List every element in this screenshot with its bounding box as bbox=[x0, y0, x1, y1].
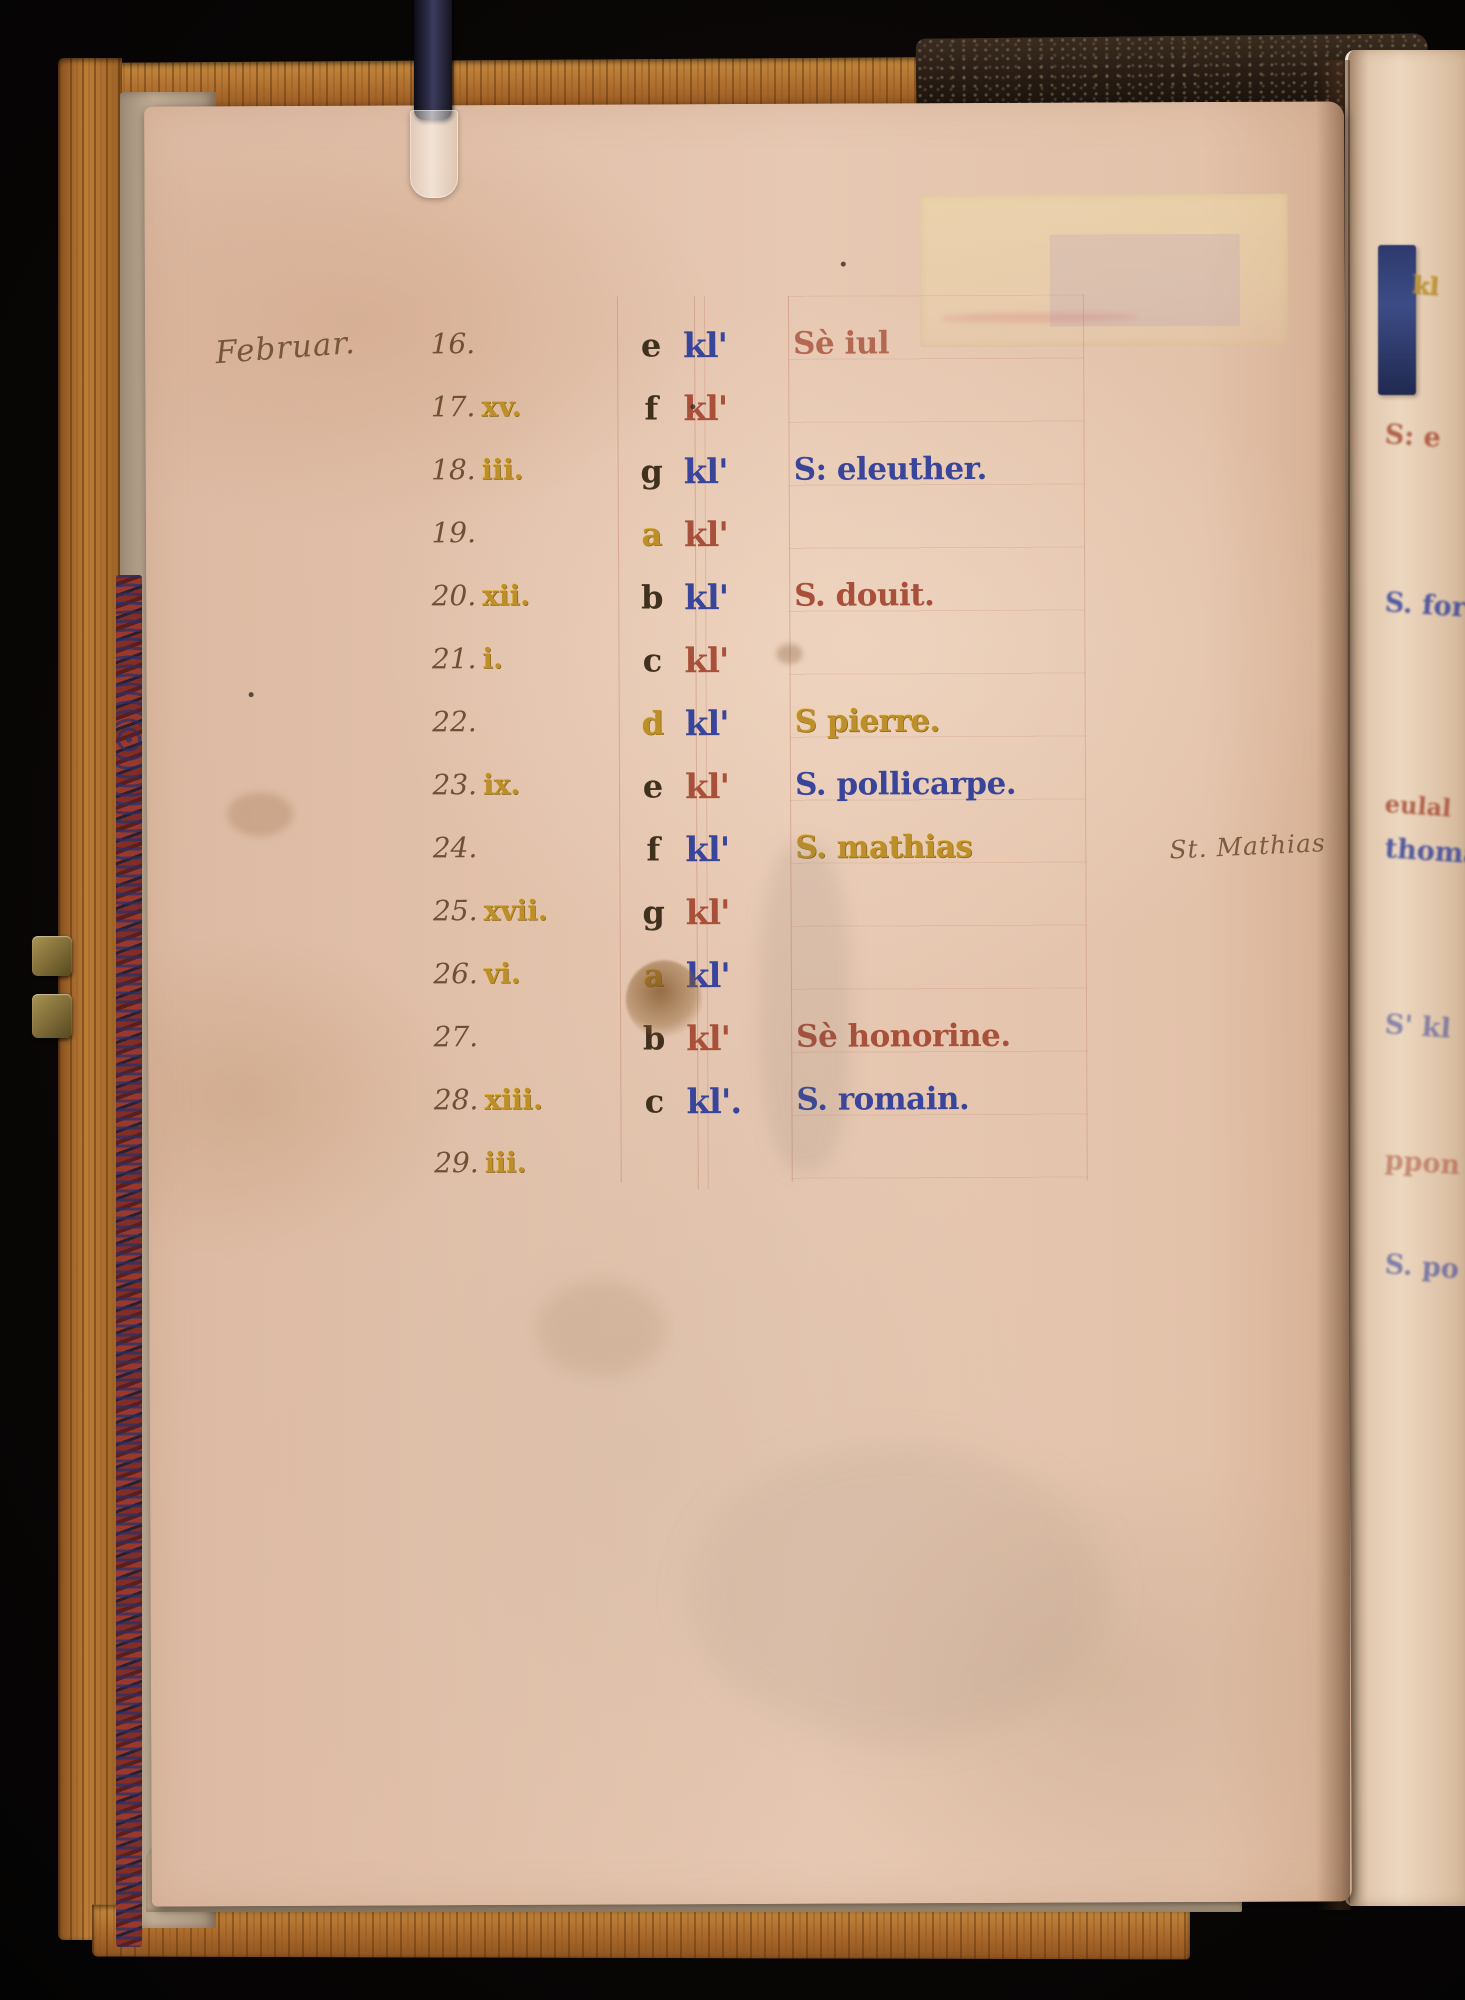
dominical-letter: b bbox=[626, 578, 678, 616]
golden-number: iii. bbox=[482, 453, 622, 487]
feast-name: Sè iul bbox=[793, 325, 889, 361]
facing-page-text-fragment: S' kl bbox=[1382, 1009, 1465, 1067]
golden-number: i. bbox=[482, 642, 622, 676]
day-number: 22. bbox=[357, 705, 477, 739]
day-number: 16. bbox=[355, 327, 475, 361]
manuscript-photo-scene: kl S: e S. fortu eulal thomas S' kl ppon… bbox=[0, 0, 1465, 2000]
feast-name: S. mathias bbox=[795, 829, 972, 866]
feast-name: S pierre. bbox=[795, 703, 940, 740]
dominical-letter: f bbox=[627, 830, 679, 868]
facing-page-text-fragment: S. fortu bbox=[1382, 587, 1465, 645]
dominical-letter: e bbox=[627, 767, 679, 805]
facing-page-text-fragment: ppon bbox=[1382, 1145, 1465, 1203]
calendar-row: 22. d kl' S pierre. bbox=[147, 701, 1347, 766]
calendar-row: 27. b kl' Sè honorine. bbox=[148, 1016, 1348, 1081]
facing-page-text-fragment: S. po bbox=[1382, 1249, 1465, 1307]
facing-page-text-fragment: kl bbox=[1410, 270, 1465, 326]
day-number: 19. bbox=[356, 516, 476, 550]
kalends-abbreviation: kl' bbox=[685, 767, 789, 807]
calendar-row: 23. ix. e kl' S. pollicarpe. bbox=[147, 764, 1347, 829]
dominical-letter: c bbox=[626, 641, 678, 679]
stain bbox=[690, 1442, 1111, 1744]
dominical-letter: b bbox=[628, 1019, 680, 1057]
kalends-abbreviation: kl' bbox=[686, 956, 790, 996]
golden-number: xii. bbox=[482, 579, 622, 613]
facing-page-text-fragment: thomas bbox=[1382, 833, 1465, 891]
day-number: 26. bbox=[358, 957, 478, 991]
kalends-abbreviation: kl' bbox=[685, 830, 789, 870]
calendar-row: 18. iii. g kl' S: eleuther. bbox=[146, 449, 1346, 514]
wooden-board-bottom-edge bbox=[92, 1905, 1190, 1960]
kalends-abbreviation: kl' bbox=[685, 704, 789, 744]
dominical-letter: a bbox=[628, 956, 680, 994]
marbled-endpaper-edge bbox=[116, 575, 142, 1947]
fly-speck bbox=[690, 404, 695, 409]
calendar-row: 19. a kl' bbox=[146, 512, 1346, 577]
day-number: 25. bbox=[358, 894, 478, 928]
bookmark-rod bbox=[414, 0, 452, 120]
bookmark-clip bbox=[410, 110, 458, 198]
day-number: 29. bbox=[359, 1146, 479, 1180]
day-number: 23. bbox=[357, 768, 477, 802]
kalends-abbreviation: kl' bbox=[684, 641, 788, 681]
golden-number: iii. bbox=[485, 1146, 625, 1180]
dominical-letter: a bbox=[626, 515, 678, 553]
feast-name: S. douit. bbox=[794, 577, 934, 614]
day-number: 18. bbox=[356, 453, 476, 487]
golden-number: ix. bbox=[483, 768, 623, 802]
calendar-row: 25. xvii. g kl' bbox=[148, 890, 1348, 955]
calendar-row: 21. i. c kl' bbox=[146, 638, 1346, 703]
feast-name: Sè honorine. bbox=[796, 1018, 1011, 1055]
kalends-abbreviation: kl' bbox=[686, 1019, 790, 1059]
clasp-fitting-upper bbox=[32, 936, 72, 976]
day-number: 17. bbox=[355, 390, 475, 424]
day-number: 24. bbox=[357, 831, 477, 865]
calendar-row: 29. iii. bbox=[149, 1142, 1349, 1207]
calendar-row: 20. xii. b kl' S. douit. bbox=[146, 575, 1346, 640]
dominical-letter: g bbox=[628, 893, 680, 931]
golden-number bbox=[483, 831, 623, 832]
dominical-letter: d bbox=[627, 704, 679, 742]
feast-name: S. pollicarpe. bbox=[795, 766, 1016, 803]
clasp-fitting-lower bbox=[32, 994, 72, 1038]
kalends-abbreviation: kl' bbox=[686, 893, 790, 933]
dominical-letter: c bbox=[628, 1082, 680, 1120]
calendar-row: 26. vi. a kl' bbox=[148, 953, 1348, 1018]
calendar-row: 24. f kl' S. mathias bbox=[147, 827, 1347, 892]
kalends-abbreviation: kl' bbox=[684, 578, 788, 618]
golden-number bbox=[484, 1020, 624, 1021]
calendar-row: 17. xv. f kl' bbox=[145, 386, 1345, 451]
facing-page-edge: kl S: e S. fortu eulal thomas S' kl ppon… bbox=[1345, 50, 1465, 1906]
calendar-row: 28. xiii. c kl'. S. romain. bbox=[148, 1079, 1348, 1144]
kalends-abbreviation: kl' bbox=[684, 452, 788, 492]
dominical-letter: g bbox=[626, 452, 678, 490]
golden-number: vi. bbox=[484, 957, 624, 991]
golden-number: xv. bbox=[481, 390, 621, 424]
day-number: 20. bbox=[356, 579, 476, 613]
golden-number: xvii. bbox=[484, 894, 624, 928]
kalends-abbreviation: kl' bbox=[684, 515, 788, 555]
brass-clasp bbox=[32, 936, 74, 1038]
feast-name: S. romain. bbox=[796, 1081, 969, 1118]
day-number: 28. bbox=[358, 1083, 478, 1117]
fly-speck bbox=[841, 262, 846, 267]
calendar-row: 16. e kl' Sè iul bbox=[145, 323, 1345, 388]
kalends-abbreviation: kl' bbox=[683, 326, 787, 366]
golden-number bbox=[481, 327, 621, 328]
kalends-abbreviation: kl'. bbox=[686, 1082, 790, 1122]
facing-page-text-fragment: S: e bbox=[1382, 419, 1465, 477]
golden-number bbox=[482, 516, 622, 517]
dominical-letter: e bbox=[625, 326, 677, 364]
golden-number: xiii. bbox=[484, 1083, 624, 1117]
fly-speck bbox=[249, 692, 254, 697]
day-number: 21. bbox=[356, 642, 476, 676]
kalends-abbreviation: kl' bbox=[683, 389, 787, 429]
feast-name: S: eleuther. bbox=[794, 451, 987, 488]
golden-number bbox=[483, 705, 623, 706]
calendar-page-february: Februar. St. Mathias 16. e kl' Sè iul 17… bbox=[144, 101, 1352, 1906]
dominical-letter: f bbox=[625, 389, 677, 427]
day-number: 27. bbox=[358, 1020, 478, 1054]
stain bbox=[535, 1280, 665, 1377]
